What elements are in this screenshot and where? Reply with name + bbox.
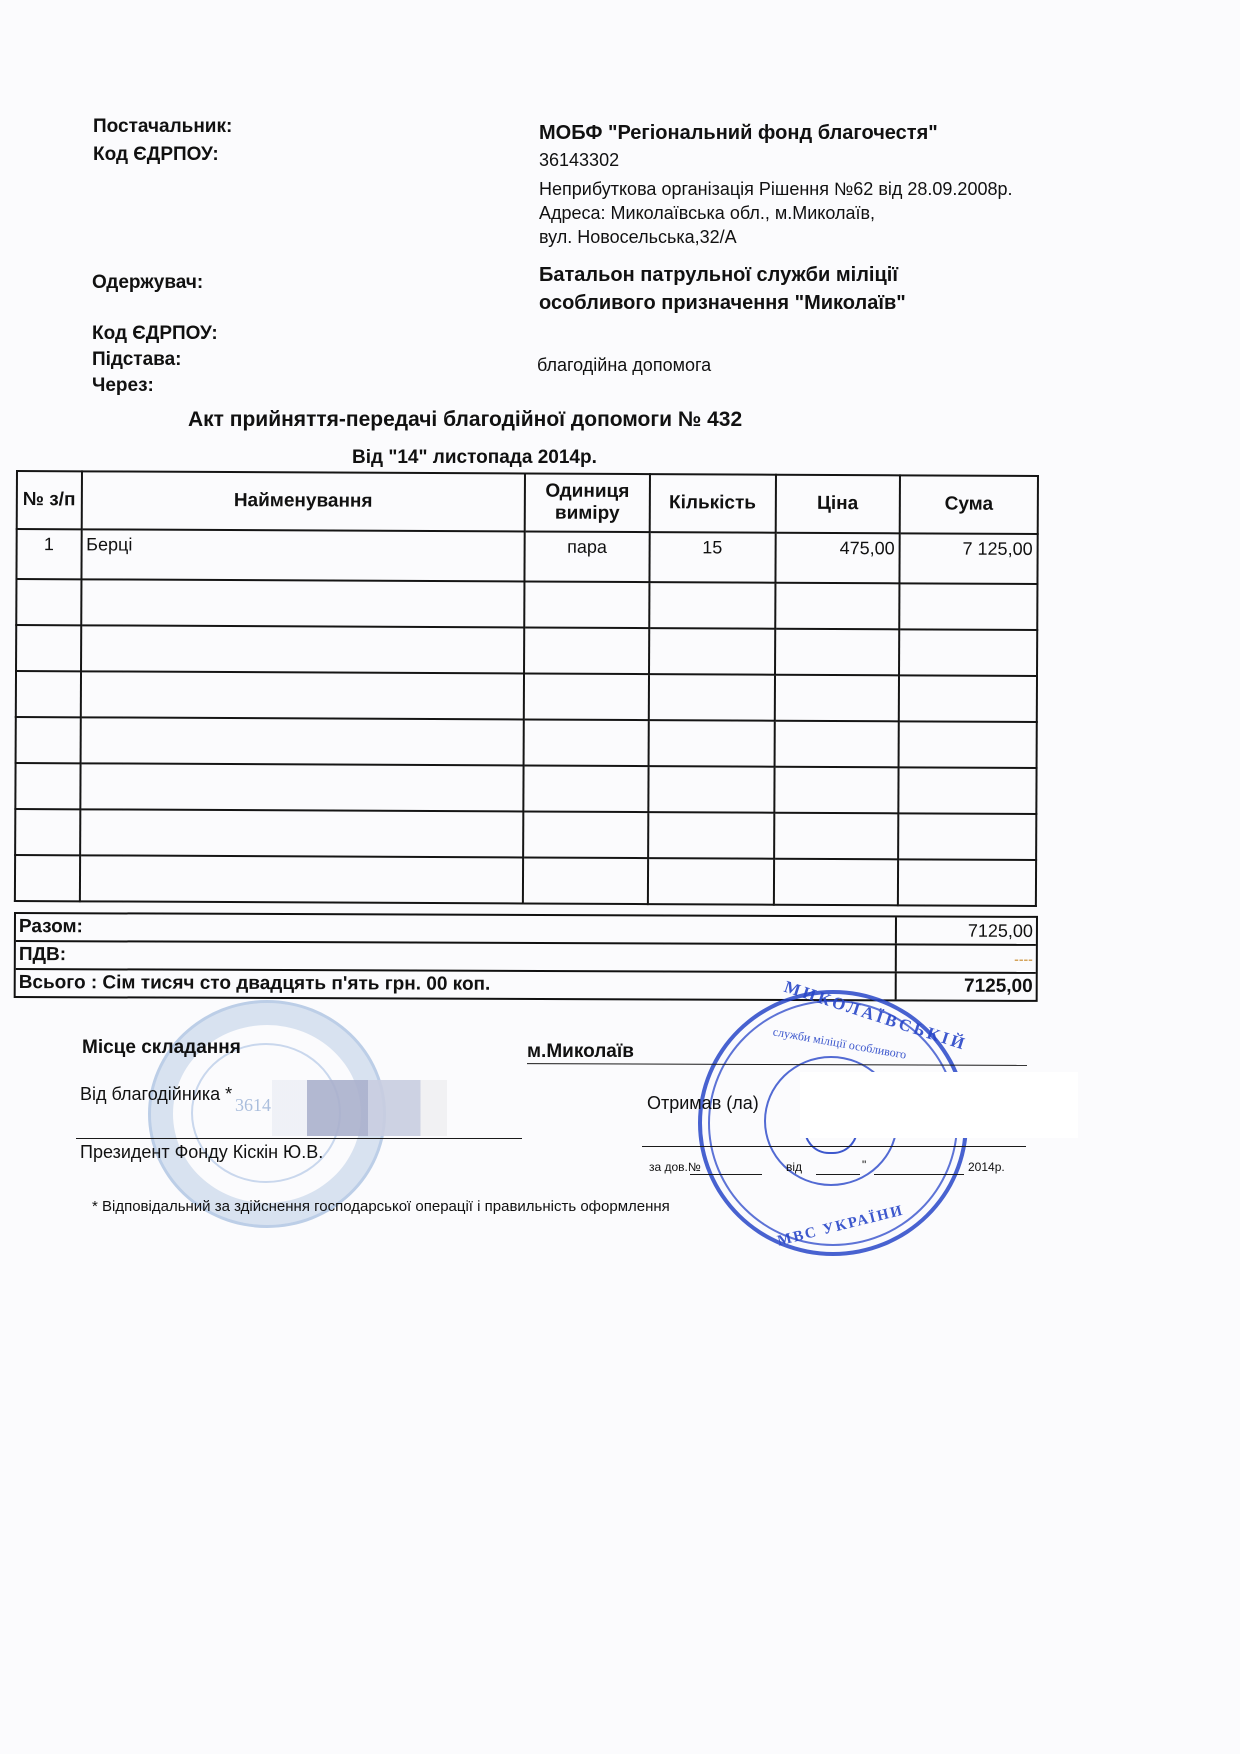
act-title: Акт прийняття-передачі благодійної допом… — [188, 408, 742, 432]
header-num: № з/п — [17, 471, 82, 529]
row-price: 475,00 — [775, 533, 900, 584]
basis-value: благодійна допомога — [537, 355, 711, 376]
basis-label: Підстава: — [92, 349, 182, 371]
empty-cell — [15, 809, 80, 855]
empty-cell — [648, 812, 774, 859]
empty-cell — [523, 857, 648, 904]
row-qty: 15 — [649, 532, 775, 583]
empty-cell — [899, 675, 1037, 722]
via-label: Через: — [92, 375, 154, 397]
table-row-empty — [15, 763, 1036, 814]
row-sum: 7 125,00 — [899, 533, 1037, 584]
poa-from-label: від — [786, 1160, 802, 1174]
empty-cell — [16, 625, 81, 671]
empty-cell — [16, 717, 81, 763]
poa-year: 2014р. — [968, 1160, 1005, 1174]
poa-day-line — [816, 1174, 860, 1175]
empty-cell — [649, 674, 775, 721]
empty-cell — [899, 583, 1037, 630]
subtotal-value: 7125,00 — [895, 917, 1036, 944]
total-value: 7125,00 — [895, 973, 1036, 1000]
empty-cell — [524, 627, 649, 674]
recipient-signature-line — [642, 1146, 1026, 1147]
empty-cell — [80, 717, 524, 765]
supplier-address-line1: Адреса: Миколаївська обл., м.Миколаїв, — [539, 203, 875, 224]
empty-cell — [648, 766, 774, 813]
table-row: 1 Берці пара 15 475,00 7 125,00 — [16, 529, 1037, 584]
empty-cell — [898, 767, 1036, 814]
recipient-code-label: Код ЄДРПОУ: — [92, 323, 218, 345]
empty-cell — [524, 719, 649, 766]
empty-cell — [899, 629, 1037, 676]
supplier-code: 36143302 — [539, 150, 619, 171]
donor-stamp-code: 3614 — [235, 1095, 271, 1116]
header-price: Ціна — [775, 475, 900, 534]
poa-quote: " — [862, 1158, 866, 1172]
supplier-label: Постачальник: — [93, 116, 232, 138]
subtotal-row: Разом: 7125,00 — [16, 914, 1036, 946]
totals-box: Разом: 7125,00 ПДВ: ---- Всього : Сім ти… — [14, 912, 1038, 1002]
row-unit: пара — [525, 531, 650, 582]
empty-cell — [524, 673, 649, 720]
empty-cell — [775, 583, 900, 630]
empty-cell — [648, 858, 774, 905]
empty-cell — [649, 582, 775, 629]
vat-value: ---- — [895, 945, 1036, 972]
empty-cell — [774, 675, 899, 722]
empty-cell — [648, 720, 774, 767]
header-name: Найменування — [81, 471, 525, 531]
recipient-label: Одержувач: — [92, 272, 203, 294]
redacted-donor-signature — [272, 1080, 447, 1136]
total-label: Всього : Сім тисяч сто двадцять п'ять гр… — [16, 970, 895, 999]
empty-cell — [898, 859, 1036, 906]
row-num: 1 — [16, 529, 81, 579]
table-row-empty — [16, 579, 1037, 630]
supplier-code-label: Код ЄДРПОУ: — [93, 144, 219, 166]
empty-cell — [523, 811, 648, 858]
poa-month-line — [874, 1174, 964, 1175]
empty-cell — [898, 813, 1036, 860]
empty-cell — [775, 629, 900, 676]
empty-cell — [774, 767, 899, 814]
recipient-name-line1: Батальон патрульної служби міліції — [539, 264, 898, 287]
empty-cell — [81, 579, 525, 627]
redacted-recipient-signature — [800, 1072, 1078, 1138]
row-name: Берці — [81, 529, 525, 581]
vat-row: ПДВ: ---- — [16, 942, 1036, 974]
president-name: Президент Фонду Кіскін Ю.В. — [80, 1142, 323, 1163]
empty-cell — [79, 855, 523, 903]
recipient-name-line2: особливого призначення "Миколаїв" — [539, 292, 906, 315]
subtotal-label: Разом: — [16, 914, 895, 943]
table-row-empty — [15, 855, 1036, 906]
empty-cell — [15, 855, 80, 901]
empty-cell — [773, 859, 898, 906]
place-label: Місце складання — [82, 1037, 241, 1059]
empty-cell — [523, 765, 648, 812]
header-qty: Кількість — [649, 474, 775, 533]
empty-cell — [16, 579, 81, 625]
received-label: Отримав (ла) — [647, 1093, 759, 1114]
supplier-status: Неприбуткова організація Рішення №62 від… — [539, 179, 1012, 200]
empty-cell — [774, 721, 899, 768]
act-date: Від "14" листопада 2014р. — [352, 447, 597, 469]
power-of-attorney-label: за дов.№ — [649, 1160, 701, 1174]
donor-signature-line — [76, 1138, 522, 1139]
poa-number-line — [690, 1174, 762, 1175]
vat-label: ПДВ: — [16, 942, 895, 971]
empty-cell — [16, 671, 81, 717]
empty-cell — [524, 581, 649, 628]
empty-cell — [15, 763, 80, 809]
place-value: м.Миколаїв — [527, 1041, 634, 1063]
table-row-empty — [16, 671, 1037, 722]
empty-cell — [80, 763, 524, 811]
empty-cell — [81, 625, 525, 673]
empty-cell — [80, 671, 524, 719]
empty-cell — [899, 721, 1037, 768]
items-table: № з/п Найменування Одиниця виміру Кількі… — [14, 470, 1039, 907]
table-row-empty — [15, 809, 1036, 860]
donor-label: Від благодійника * — [80, 1084, 232, 1105]
empty-cell — [80, 809, 524, 857]
footnote: * Відповідальний за здійснення господарс… — [92, 1198, 670, 1215]
table-row-empty — [16, 717, 1037, 768]
table-row-empty — [16, 625, 1037, 676]
header-sum: Сума — [900, 475, 1038, 534]
supplier-name: МОБФ "Регіональний фонд благочестя" — [539, 122, 938, 145]
supplier-address-line2: вул. Новосельська,32/А — [539, 227, 737, 248]
empty-cell — [774, 813, 899, 860]
header-unit: Одиниця виміру — [525, 473, 650, 532]
empty-cell — [649, 628, 775, 675]
total-row: Всього : Сім тисяч сто двадцять п'ять гр… — [16, 970, 1036, 1000]
